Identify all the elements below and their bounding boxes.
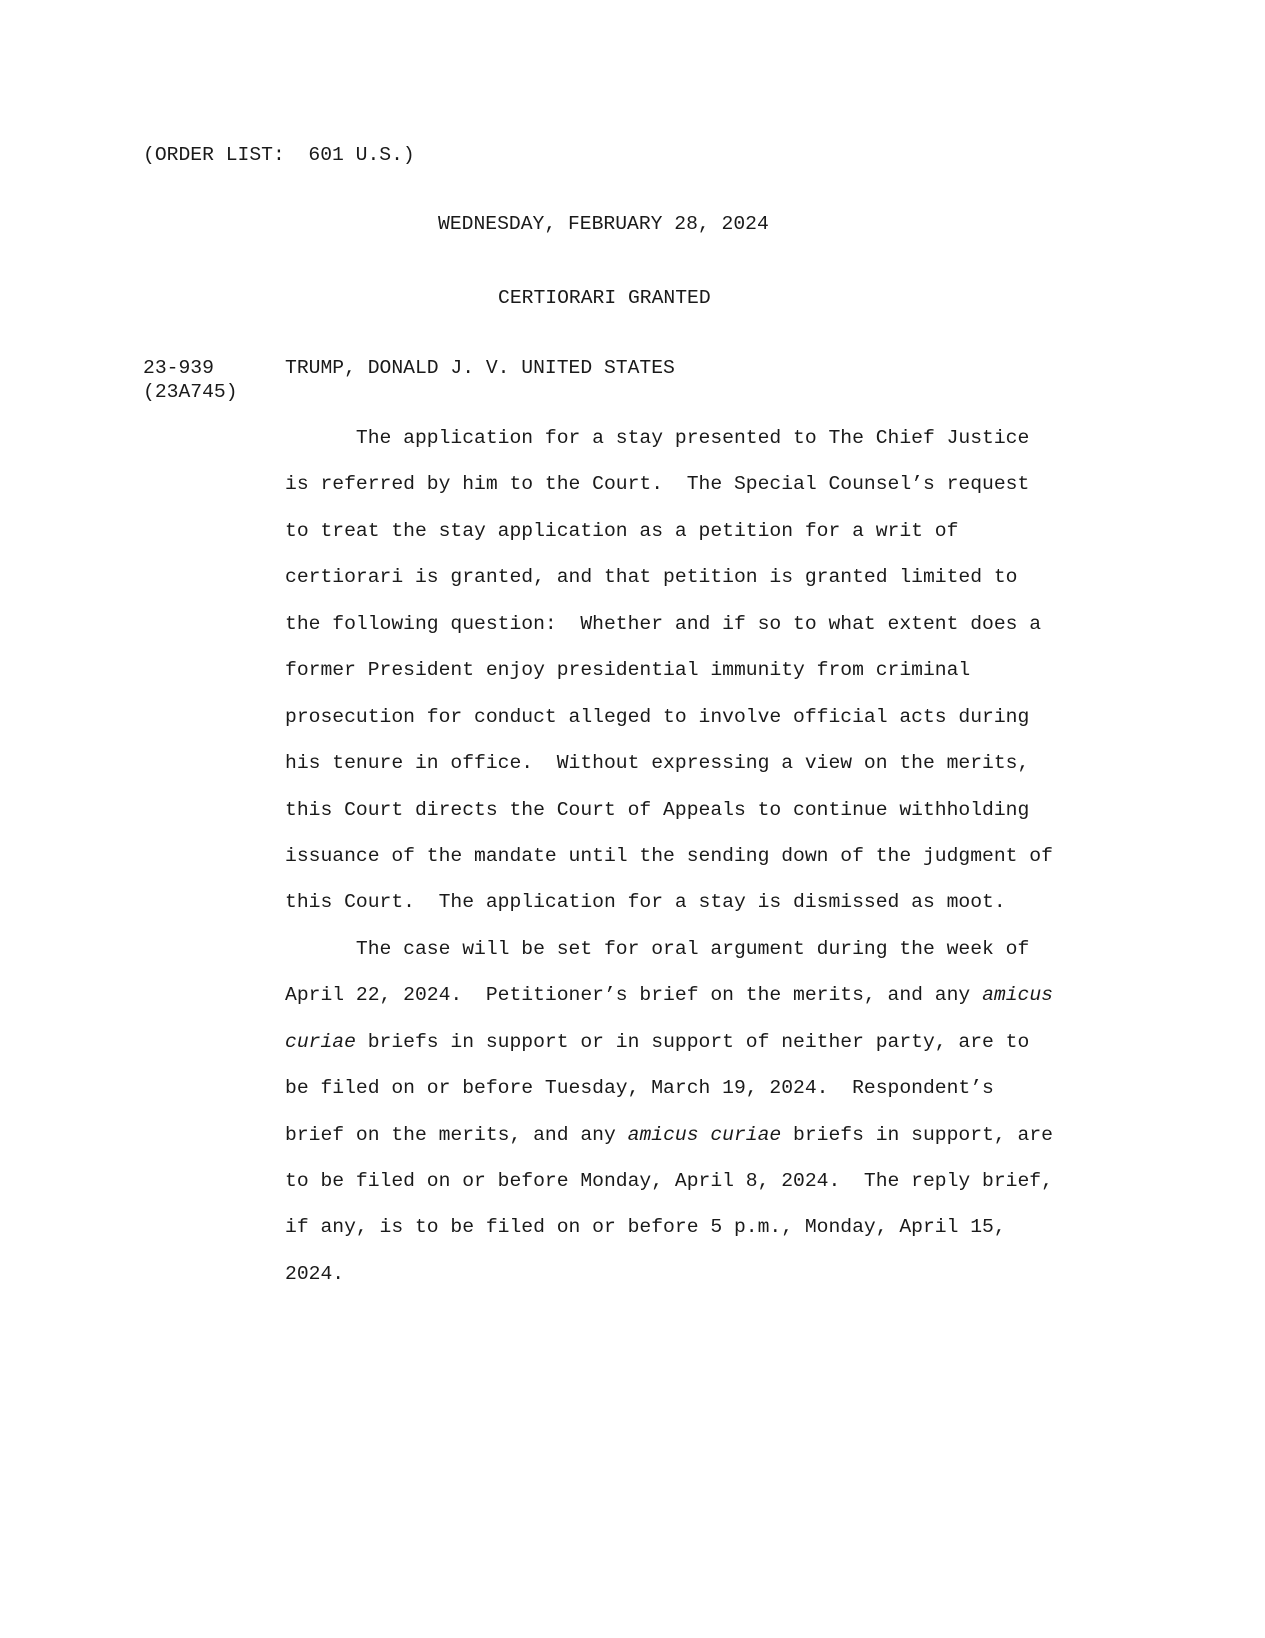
- docket-number: 23-939: [143, 356, 214, 380]
- text-run: briefs in support or in support of neith…: [356, 1031, 1029, 1053]
- text-run: briefs in support, are: [781, 1124, 1053, 1146]
- italic-term: amicus: [982, 984, 1053, 1006]
- text-line: if any, is to be filed on or before 5 p.…: [285, 1215, 1053, 1261]
- text-line: certiorari is granted, and that petition…: [285, 565, 1053, 611]
- text-line: former President enjoy presidential immu…: [285, 658, 1053, 704]
- italic-term: amicus curiae: [628, 1124, 782, 1146]
- text-line: the following question: Whether and if s…: [285, 612, 1053, 658]
- text-line: issuance of the mandate until the sendin…: [285, 844, 1053, 890]
- paragraph-2: The case will be set for oral argument d…: [285, 937, 1053, 1309]
- order-list-heading: (ORDER LIST: 601 U.S.): [143, 143, 415, 167]
- text-line: curiae briefs in support or in support o…: [285, 1030, 1053, 1076]
- text-line: this Court directs the Court of Appeals …: [285, 798, 1053, 844]
- text-line: The application for a stay presented to …: [285, 426, 1053, 472]
- text-line: be filed on or before Tuesday, March 19,…: [285, 1076, 1053, 1122]
- text-line: his tenure in office. Without expressing…: [285, 751, 1053, 797]
- text-line: The case will be set for oral argument d…: [285, 937, 1053, 983]
- text-line: to treat the stay application as a petit…: [285, 519, 1053, 565]
- italic-term: curiae: [285, 1031, 356, 1053]
- section-title: CERTIORARI GRANTED: [498, 286, 711, 310]
- application-number: (23A745): [143, 380, 238, 404]
- text-run: April 22, 2024. Petitioner’s brief on th…: [285, 984, 982, 1006]
- text-line: brief on the merits, and any amicus curi…: [285, 1123, 1053, 1169]
- text-line: this Court. The application for a stay i…: [285, 890, 1053, 936]
- text-line: to be filed on or before Monday, April 8…: [285, 1169, 1053, 1215]
- text-run: brief on the merits, and any: [285, 1124, 628, 1146]
- case-name: TRUMP, DONALD J. V. UNITED STATES: [285, 356, 675, 380]
- text-line: 2024.: [285, 1262, 1053, 1308]
- text-line: April 22, 2024. Petitioner’s brief on th…: [285, 983, 1053, 1029]
- text-line: is referred by him to the Court. The Spe…: [285, 472, 1053, 518]
- text-line: prosecution for conduct alleged to invol…: [285, 705, 1053, 751]
- order-date: WEDNESDAY, FEBRUARY 28, 2024: [438, 212, 769, 236]
- order-body: The application for a stay presented to …: [285, 426, 1053, 1308]
- paragraph-1: The application for a stay presented to …: [285, 426, 1053, 937]
